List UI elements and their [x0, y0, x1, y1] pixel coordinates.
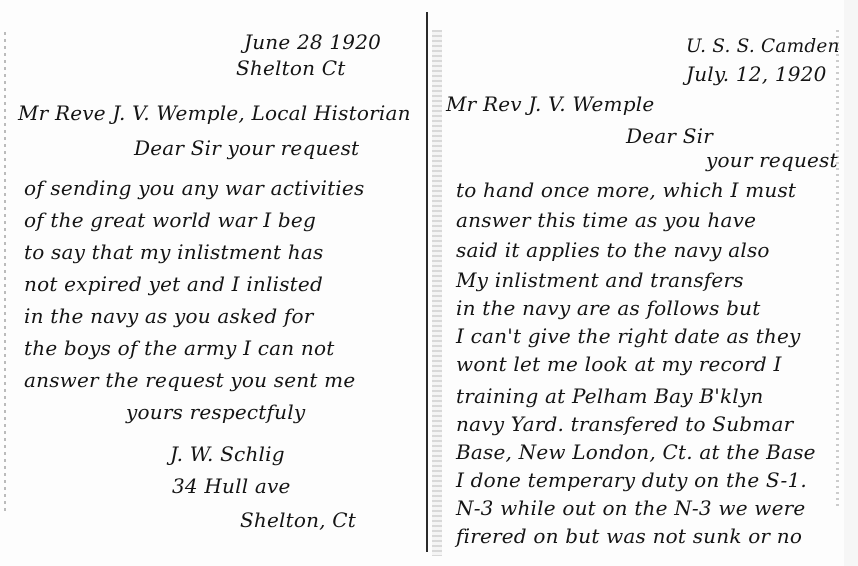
left-body-line: answer the request you sent me [24, 370, 355, 390]
left-date: June 28 1920 [244, 32, 381, 52]
left-body-line: in the navy as you asked for [24, 306, 314, 326]
left-address-street: 34 Hull ave [172, 476, 291, 496]
left-address-city: Shelton, Ct [240, 510, 356, 530]
right-addressee: Mr Rev J. V. Wemple [446, 94, 654, 114]
right-body-line: Base, New London, Ct. at the Base [456, 442, 816, 462]
left-body-line: the boys of the army I can not [24, 338, 334, 358]
right-greeting: Dear Sir [626, 126, 713, 146]
right-body-line: your request [706, 150, 838, 170]
right-body-line: navy Yard. transfered to Submar [456, 414, 793, 434]
right-body-line: I done temperary duty on the S-1. [456, 470, 807, 490]
right-body-line: wont let me look at my record I [456, 354, 782, 374]
right-ship: U. S. S. Camden [686, 38, 840, 57]
right-body-line: My inlistment and transfers [456, 270, 744, 290]
page-margin-strip [844, 0, 858, 566]
right-date: July. 12, 1920 [686, 64, 827, 84]
right-body-line: answer this time as you have [456, 210, 756, 230]
right-body-line: training at Pelham Bay B'klyn [456, 386, 763, 406]
right-body-line: N-3 while out on the N-3 we were [456, 498, 805, 518]
left-body-line: Dear Sir your request [134, 138, 359, 158]
page-edge-left [4, 32, 6, 512]
right-body-line: firered on but was not sunk or no [456, 526, 802, 546]
left-body-line: to say that my inlistment has [24, 242, 323, 262]
page-edge-right [836, 30, 839, 510]
left-signature: J. W. Schlig [170, 444, 285, 464]
right-body-line: to hand once more, which I must [456, 180, 796, 200]
right-body-line: in the navy are as follows but [456, 298, 760, 318]
left-body-line: of the great world war I beg [24, 210, 316, 230]
left-place: Shelton Ct [236, 58, 345, 78]
left-addressee: Mr Reve J. V. Wemple, Local Historian [18, 103, 411, 123]
left-closing: yours respectfuly [126, 402, 305, 422]
right-body-line: I can't give the right date as they [456, 326, 801, 346]
left-body-line: of sending you any war activities [24, 178, 364, 198]
right-body-line: said it applies to the navy also [456, 240, 770, 260]
page-divider-line [426, 12, 428, 552]
scanned-letter-page: June 28 1920 Shelton Ct Mr Reve J. V. We… [0, 0, 858, 566]
left-body-line: not expired yet and I inlisted [24, 274, 323, 294]
binding-shadow [432, 30, 442, 556]
